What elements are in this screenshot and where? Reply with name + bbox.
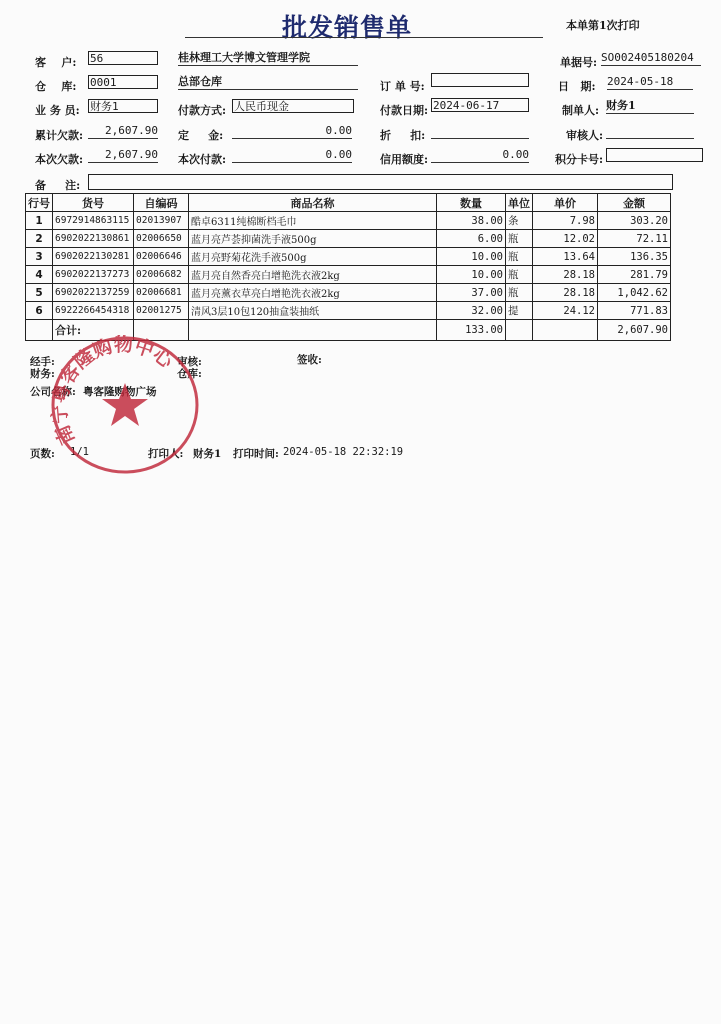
warehouse-name: 总部仓库 xyxy=(178,75,358,90)
unit-cell: 条 xyxy=(506,212,533,230)
code-cell: 02013907 xyxy=(134,212,189,230)
sign-label: 签收: xyxy=(297,352,322,367)
payment-date-field[interactable]: 2024-06-17 xyxy=(431,98,529,112)
product-name-cell: 蓝月亮自然香亮白增艳洗衣液2kg xyxy=(189,266,437,284)
col-header-code: 自编码 xyxy=(134,194,189,212)
deposit-value: 0.00 xyxy=(232,124,352,139)
qty-cell: 37.00 xyxy=(437,284,506,302)
current-debt-label: 本次欠款: xyxy=(35,151,83,167)
current-payment-label: 本次付款: xyxy=(178,151,226,167)
unit-cell: 瓶 xyxy=(506,266,533,284)
creator-value: 财务1 xyxy=(606,99,694,114)
sku-cell: 6902022137259 xyxy=(53,284,134,302)
table-row: 4690202213727302006682蓝月亮自然香亮白增艳洗衣液2kg10… xyxy=(26,266,671,284)
price-cell: 12.02 xyxy=(533,230,598,248)
qty-cell: 10.00 xyxy=(437,248,506,266)
row-no-cell: 2 xyxy=(26,230,53,248)
points-card-label: 积分卡号: xyxy=(555,151,603,167)
col-header-unit: 单位 xyxy=(506,194,533,212)
row-no-cell: 6 xyxy=(26,302,53,320)
product-name-cell: 酷卓6311纯棉断档毛巾 xyxy=(189,212,437,230)
row-no-cell: 4 xyxy=(26,266,53,284)
table-header-row: 行号 货号 自编码 商品名称 数量 单位 单价 金额 xyxy=(26,194,671,212)
print-count: 本单第1次打印 xyxy=(566,17,640,33)
product-name-cell: 清风3层10包120抽盒装抽纸 xyxy=(189,302,437,320)
items-table: 行号 货号 自编码 商品名称 数量 单位 单价 金额 1697291486311… xyxy=(25,193,671,341)
col-header-sku: 货号 xyxy=(53,194,134,212)
amount-cell: 136.35 xyxy=(598,248,671,266)
salesperson-field[interactable]: 财务1 xyxy=(88,99,158,113)
current-payment-value: 0.00 xyxy=(232,148,352,163)
order-no-field[interactable] xyxy=(431,73,529,87)
unit-cell: 瓶 xyxy=(506,248,533,266)
deposit-label: 定 金: xyxy=(178,127,223,143)
print-time-value: 2024-05-18 22:32:19 xyxy=(283,446,403,458)
discount-value xyxy=(431,124,529,139)
cumulative-debt-value: 2,607.90 xyxy=(88,124,158,139)
col-header-name: 商品名称 xyxy=(189,194,437,212)
product-name-cell: 蓝月亮野菊花洗手液500g xyxy=(189,248,437,266)
qty-cell: 38.00 xyxy=(437,212,506,230)
amount-cell: 1,042.62 xyxy=(598,284,671,302)
sku-cell: 6972914863115 xyxy=(53,212,134,230)
col-header-row-no: 行号 xyxy=(26,194,53,212)
code-cell: 02006646 xyxy=(134,248,189,266)
remarks-field[interactable] xyxy=(88,174,673,190)
sku-cell: 6902022137273 xyxy=(53,266,134,284)
company-seal-stamp: 南宁粤客隆购物中心 xyxy=(50,335,200,475)
amount-cell: 303.20 xyxy=(598,212,671,230)
sku-cell: 6902022130281 xyxy=(53,248,134,266)
qty-cell: 32.00 xyxy=(437,302,506,320)
table-row: 5690202213725902006681蓝月亮薰衣草亮白增艳洗衣液2kg37… xyxy=(26,284,671,302)
unit-cell: 瓶 xyxy=(506,230,533,248)
date-label: 日 期: xyxy=(558,78,596,94)
row-no-cell: 5 xyxy=(26,284,53,302)
amount-cell: 281.79 xyxy=(598,266,671,284)
table-row: 3690202213028102006646蓝月亮野菊花洗手液500g10.00… xyxy=(26,248,671,266)
customer-field[interactable]: 56 xyxy=(88,51,158,65)
cumulative-debt-label: 累计欠款: xyxy=(35,127,83,143)
salesperson-label: 业 务 员: xyxy=(35,102,80,118)
document-title: 批发销售单 xyxy=(282,8,412,44)
points-card-field[interactable] xyxy=(606,148,703,162)
amount-cell: 72.11 xyxy=(598,230,671,248)
table-row: 1697291486311502013907酷卓6311纯棉断档毛巾38.00条… xyxy=(26,212,671,230)
qty-cell: 10.00 xyxy=(437,266,506,284)
code-cell: 02006681 xyxy=(134,284,189,302)
col-header-qty: 数量 xyxy=(437,194,506,212)
code-cell: 02006682 xyxy=(134,266,189,284)
svg-text:南宁粤客隆购物中心: 南宁粤客隆购物中心 xyxy=(50,335,178,448)
customer-label: 客 户: xyxy=(35,54,76,70)
credit-limit-value: 0.00 xyxy=(431,148,529,163)
table-row: 6692226645431802001275清风3层10包120抽盒装抽纸32.… xyxy=(26,302,671,320)
customer-name: 桂林理工大学博文管理学院 xyxy=(178,51,358,66)
amount-cell: 771.83 xyxy=(598,302,671,320)
table-row: 2690202213086102006650蓝月亮芦荟抑菌洗手液500g6.00… xyxy=(26,230,671,248)
code-cell: 02006650 xyxy=(134,230,189,248)
col-header-price: 单价 xyxy=(533,194,598,212)
payment-method-field[interactable]: 人民币现金 xyxy=(232,99,354,113)
title-underline xyxy=(185,37,543,38)
warehouse-field[interactable]: 0001 xyxy=(88,75,158,89)
code-cell: 02001275 xyxy=(134,302,189,320)
row-no-cell: 3 xyxy=(26,248,53,266)
product-name-cell: 蓝月亮薰衣草亮白增艳洗衣液2kg xyxy=(189,284,437,302)
price-cell: 24.12 xyxy=(533,302,598,320)
sku-cell: 6902022130861 xyxy=(53,230,134,248)
date-value: 2024-05-18 xyxy=(607,75,693,90)
discount-label: 折 扣: xyxy=(380,127,425,143)
auditor-value xyxy=(606,124,694,139)
doc-no-value: SO002405180204 xyxy=(601,51,701,66)
total-amount: 2,607.90 xyxy=(598,320,671,341)
payment-method-label: 付款方式: xyxy=(178,102,226,118)
current-debt-value: 2,607.90 xyxy=(88,148,158,163)
qty-cell: 6.00 xyxy=(437,230,506,248)
total-qty: 133.00 xyxy=(437,320,506,341)
row-no-cell: 1 xyxy=(26,212,53,230)
payment-date-label: 付款日期: xyxy=(380,102,428,118)
price-cell: 28.18 xyxy=(533,284,598,302)
col-header-amount: 金额 xyxy=(598,194,671,212)
print-time-label: 打印时间: xyxy=(233,446,279,461)
price-cell: 7.98 xyxy=(533,212,598,230)
unit-cell: 瓶 xyxy=(506,284,533,302)
price-cell: 13.64 xyxy=(533,248,598,266)
product-name-cell: 蓝月亮芦荟抑菌洗手液500g xyxy=(189,230,437,248)
remarks-label: 备 注: xyxy=(35,177,80,193)
unit-cell: 提 xyxy=(506,302,533,320)
sku-cell: 6922266454318 xyxy=(53,302,134,320)
warehouse-label: 仓 库: xyxy=(35,78,76,94)
doc-no-label: 单据号: xyxy=(560,54,597,70)
creator-label: 制单人: xyxy=(562,102,599,118)
auditor-label: 审核人: xyxy=(566,127,603,143)
order-no-label: 订 单 号: xyxy=(380,78,425,94)
credit-limit-label: 信用额度: xyxy=(380,151,428,167)
price-cell: 28.18 xyxy=(533,266,598,284)
